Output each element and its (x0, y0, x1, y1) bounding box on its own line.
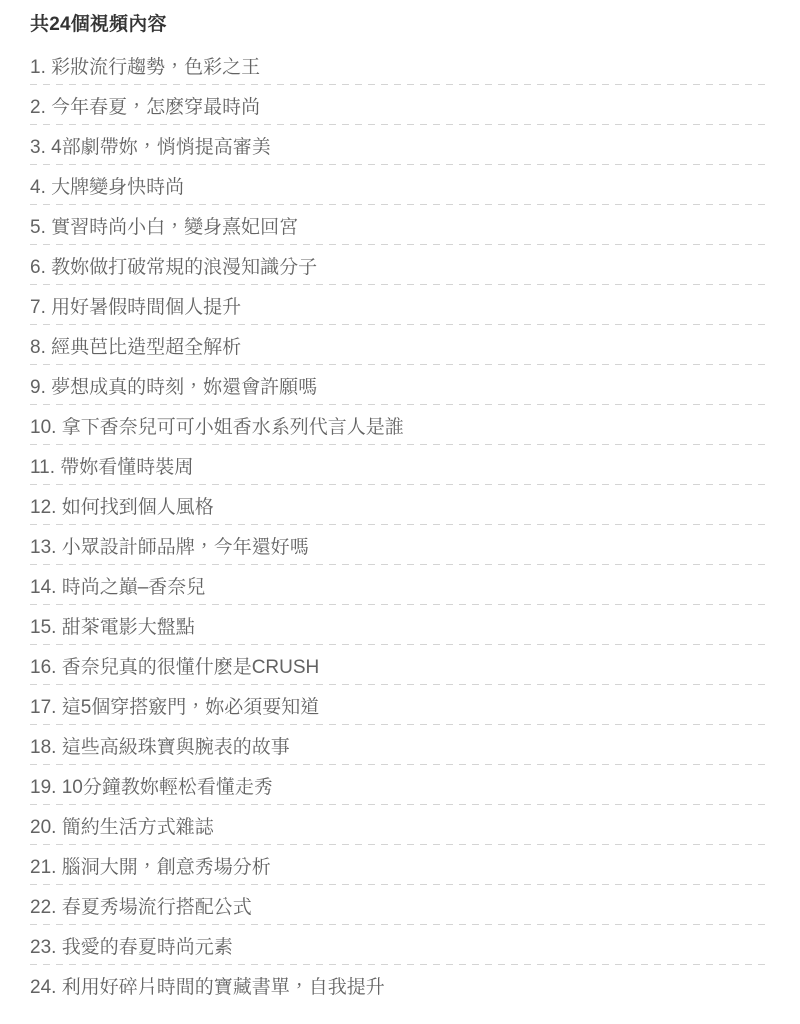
list-item: 16. 香奈兒真的很懂什麽是CRUSH (30, 645, 766, 685)
list-item: 5. 實習時尚小白，變身熹妃回宮 (30, 205, 766, 245)
list-item: 21. 腦洞大開，創意秀場分析 (30, 845, 766, 885)
list-item: 6. 教妳做打破常規的浪漫知識分子 (30, 245, 766, 285)
list-item: 18. 這些高級珠寶與腕表的故事 (30, 725, 766, 765)
list-item: 2. 今年春夏，怎麽穿最時尚 (30, 85, 766, 125)
page-title: 共24個視頻內容 (30, 12, 766, 38)
list-item: 7. 用好暑假時間個人提升 (30, 285, 766, 325)
list-item: 14. 時尚之巔–香奈兒 (30, 565, 766, 605)
video-content-page: 共24個視頻內容 1. 彩妝流行趨勢，色彩之王2. 今年春夏，怎麽穿最時尚3. … (0, 0, 800, 1024)
list-item: 10. 拿下香奈兒可可小姐香水系列代言人是誰 (30, 405, 766, 445)
list-item: 1. 彩妝流行趨勢，色彩之王 (30, 45, 766, 85)
list-item: 4. 大牌變身快時尚 (30, 165, 766, 205)
video-list: 1. 彩妝流行趨勢，色彩之王2. 今年春夏，怎麽穿最時尚3. 4部劇帶妳，悄悄提… (30, 45, 766, 1005)
list-item: 19. 10分鐘教妳輕松看懂走秀 (30, 765, 766, 805)
list-item: 20. 簡約生活方式雜誌 (30, 805, 766, 845)
list-item: 15. 甜茶電影大盤點 (30, 605, 766, 645)
list-item: 24. 利用好碎片時間的寶藏書單，自我提升 (30, 965, 766, 1005)
list-item: 8. 經典芭比造型超全解析 (30, 325, 766, 365)
list-item: 3. 4部劇帶妳，悄悄提高審美 (30, 125, 766, 165)
list-item: 17. 這5個穿搭竅門，妳必須要知道 (30, 685, 766, 725)
list-item: 13. 小眾設計師品牌，今年還好嗎 (30, 525, 766, 565)
list-item: 12. 如何找到個人風格 (30, 485, 766, 525)
list-item: 23. 我愛的春夏時尚元素 (30, 925, 766, 965)
list-item: 9. 夢想成真的時刻，妳還會許願嗎 (30, 365, 766, 405)
list-item: 11. 帶妳看懂時裝周 (30, 445, 766, 485)
list-item: 22. 春夏秀場流行搭配公式 (30, 885, 766, 925)
